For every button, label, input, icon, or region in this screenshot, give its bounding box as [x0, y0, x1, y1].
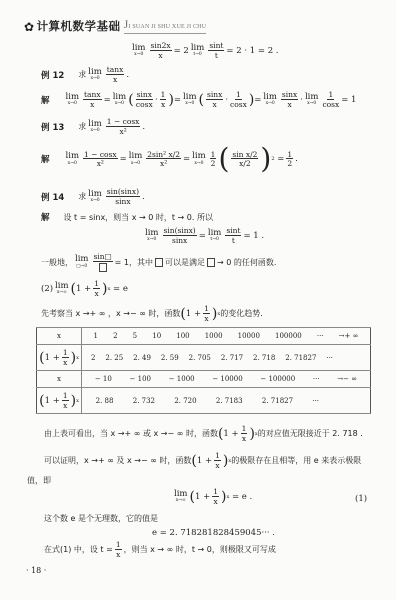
placeholder-box	[99, 263, 107, 272]
convergence-table: x 12510100100010000100000···→+ ∞ (1 +1x)…	[36, 327, 371, 414]
observation-text: 由上表可看出，当 x →+ ∞ 或 x →− ∞ 时，函数 (1 + 1x )x…	[44, 425, 363, 442]
equation-sin2x: limx→0 sin2xx = 2 limt→0 sintt = 2 · 1 =…	[130, 42, 279, 59]
proof-text: 可以证明，x →+ ∞ 及 x →− ∞ 时，函数 (1 + 1x )x 的极限…	[44, 452, 361, 469]
solution-14-equation: limx→0 sin(sinx)sinx = limt→0 sintt = 1 …	[143, 227, 264, 244]
equation-number: (1)	[355, 494, 367, 504]
solution-14: 解 设 t = sinx，则当 x → 0 时，t → 0. 所以	[41, 211, 213, 223]
page-number: · 18 ·	[26, 566, 46, 575]
placeholder-box	[155, 258, 163, 267]
proof-text-cont: 值，即	[27, 475, 51, 486]
gear-icon: ✿	[24, 20, 35, 34]
book-title: 计算机数学基础	[37, 18, 121, 34]
running-header: ✿ 计算机数学基础 JI SUAN JI SHU XUE JI CHU	[24, 17, 206, 34]
pinyin-title: JI SUAN JI SHU XUE JI CHU	[124, 17, 207, 34]
example-13: 例 13 求 limx→0 1 − cosxx² .	[41, 118, 145, 135]
e-value: e = 2. 718281828459045··· .	[152, 528, 275, 538]
placeholder-box	[207, 258, 215, 267]
substitution-text: 在式(1) 中，设 t = 1x ，则当 x → ∞ 时，t → 0，则极限又可…	[44, 541, 276, 558]
consider-text: 先考察当 x →+ ∞ ，x →− ∞ 时，函数 (1 + 1x )x 的变化趋…	[41, 305, 263, 322]
limit-2-heading: (2) limx→∞ (1 + 1x )x = e	[41, 280, 128, 297]
example-14: 例 14 求 limx→0 sin(sinx)sinx .	[41, 188, 145, 205]
solution-13: 解 limx→0 1 − cosxx² = limx→0 2sin² x/2x²…	[41, 145, 298, 173]
example-12: 例 12 求 limx→0 tanxx .	[41, 66, 129, 83]
irrational-text: 这个数 e 是个无理数，它的值是	[44, 513, 158, 524]
solution-12: 解 limx→0 tanxx = limx→0 ( sinxcosx· 1x )…	[41, 91, 356, 108]
general-statement: 一般地， lim□→0 sin□ = 1，其中 可以是满足 → 0 的任何函数.	[41, 253, 276, 272]
equation-1: limx→∞ (1 + 1x )x = e .	[172, 488, 252, 505]
